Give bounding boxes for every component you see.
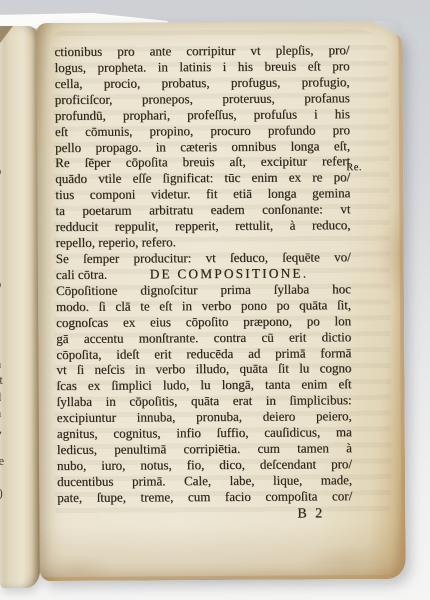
heading-row: cali cōtra. DE COMPOSITIONE. [56,265,351,283]
text-line: cōpoſita, ideſt erit reducēda ad primā f… [56,345,351,363]
text-line: repello, reperio, refero. [56,233,351,251]
text-line: nubo, iuro, notus, fio, dico, deſcendant… [57,456,352,474]
text-line: vt ſi neſcis in verbo illudo, quāta ſit … [56,361,351,379]
text-line: ta poetarum arbitratu eadem conſonante: … [55,201,350,219]
text-line: pello propago. in cæteris omnibus longa … [55,138,350,156]
text-line: profundū, prophari, profeſſus, profuſus … [55,106,350,124]
text-line: proficiſcor, pronepos, proteruus, profan… [55,90,350,108]
text-line: cali cōtra. [56,267,107,283]
signature-mark: B 2 [57,506,352,524]
text-line: ſyllaba in cōpoſitis, quāta erat in ſimp… [57,392,352,410]
text-line: redducit reppulit, repperit, rettulit, à… [55,217,350,235]
facing-page-line-endings: i t o , / , s / : o / : n rt d n r, te i… [0,131,12,501]
text-line: logus, propheta. in latinis i his breuis… [55,58,350,76]
text-line: tius componi videtur. fit etiā longa gem… [55,186,350,204]
text-line: cognoſcas ex eius cōpoſito præpono, po l… [56,313,351,331]
section-heading: DE COMPOSITIONE. [107,265,351,282]
text-line: cella, procio, probatus, profugus, profu… [55,74,350,92]
text-line: Re ſēper cōpoſita breuis aſt, excipitur … [55,154,350,172]
text-line: ledicus, penultimā corripiētia. cum tame… [57,440,352,458]
text-line: eſt cōmunis, propino, procuro profundo p… [55,122,350,140]
text-line: excipiuntur innuba, pronuba, deiero peie… [57,408,352,426]
worn-corner [367,21,401,38]
text-line: modo. ſi clā te eſt in verbo pono po quā… [56,297,351,315]
text-line: ſcas ex ſimplici ludo, lu longā, tanta e… [56,377,351,395]
text-line: Se ſemper producitur: vt ſeduco, ſequēte… [56,249,351,267]
photo-background: i t o , / , s / : o / : n rt d n r, te i… [0,0,430,600]
text-line: gā accentu monſtrante. contra cū erit di… [56,329,351,347]
text-line: ducentibus primā. Cale, labe, lique, mad… [57,472,352,490]
text-line: quādo vtile eſſe ſignificat: tūc enim ex… [55,170,350,188]
text-line: Cōpoſitione dignoſcitur prima ſyllaba ho… [56,281,351,299]
text-line: ctionibus pro ante corripitur vt plepſis… [54,42,349,60]
text-line: pate, ſtupe, treme, cum facio compoſita … [57,488,352,506]
page-text-block: ctionibus pro ante corripitur vt plepſis… [54,42,352,523]
text-line: agnitus, cognitus, infio ſuffio, cauſidi… [57,424,352,442]
book-page: Re. ctionibus pro ante corripitur vt ple… [36,21,405,581]
